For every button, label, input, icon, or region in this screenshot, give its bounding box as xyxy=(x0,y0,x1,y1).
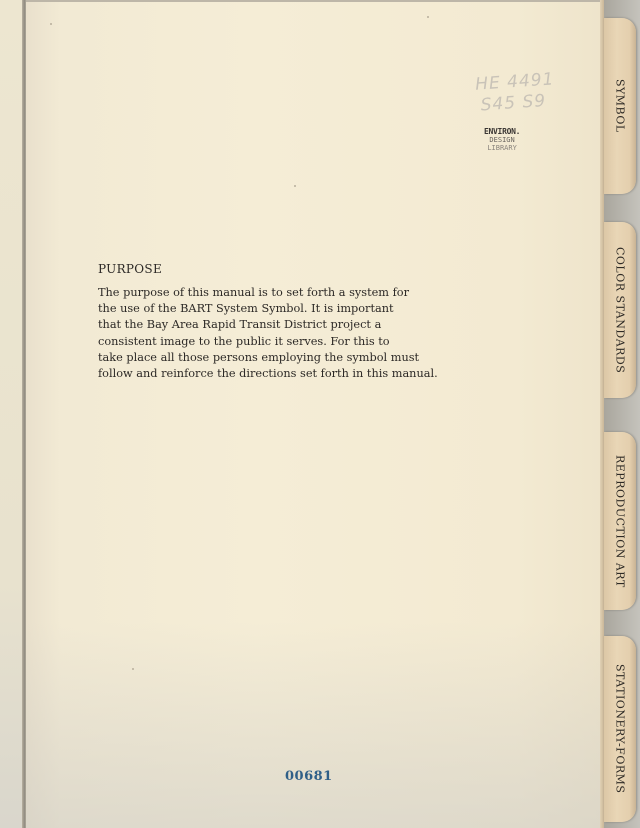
paragraph-line: The purpose of this manual is to set for… xyxy=(98,285,498,301)
previous-page-edge xyxy=(0,0,24,828)
handwritten-call-number: HE 4491 S45 S9 xyxy=(475,69,557,116)
paper-speck xyxy=(50,23,52,25)
tab-reproduction-art[interactable]: REPRODUCTION ART xyxy=(604,432,636,610)
paper-speck xyxy=(294,185,296,187)
paragraph-line: take place all those persons employing t… xyxy=(98,350,498,366)
tab-label: SYMBOL xyxy=(614,79,627,133)
paper-speck xyxy=(132,668,134,670)
stamp-line: DESIGN xyxy=(484,136,520,144)
tab-label: STATIONERY-FORMS xyxy=(614,664,627,793)
purpose-paragraph: The purpose of this manual is to set for… xyxy=(98,285,498,382)
page-number-stamp: 00681 xyxy=(285,769,333,784)
stamp-line: LIBRARY xyxy=(484,144,520,152)
tab-color-standards[interactable]: COLOR STANDARDS xyxy=(604,222,636,398)
manual-page xyxy=(26,0,602,828)
stamp-line: ENVIRON. xyxy=(484,128,520,136)
library-stamp: ENVIRON. DESIGN LIBRARY xyxy=(484,128,520,152)
paragraph-line: the use of the BART System Symbol. It is… xyxy=(98,301,498,317)
section-heading: PURPOSE xyxy=(98,262,162,276)
tab-stationery-forms[interactable]: STATIONERY-FORMS xyxy=(604,636,636,822)
paragraph-line: that the Bay Area Rapid Transit District… xyxy=(98,317,498,333)
paper-speck xyxy=(427,16,429,18)
tab-label: COLOR STANDARDS xyxy=(614,247,627,373)
scanned-document-page: SYMBOL COLOR STANDARDS REPRODUCTION ART … xyxy=(0,0,640,828)
paragraph-line: follow and reinforce the directions set … xyxy=(98,366,498,382)
tab-label: REPRODUCTION ART xyxy=(614,455,627,588)
paragraph-line: consistent image to the public it serves… xyxy=(98,334,498,350)
tab-symbol[interactable]: SYMBOL xyxy=(604,18,636,194)
